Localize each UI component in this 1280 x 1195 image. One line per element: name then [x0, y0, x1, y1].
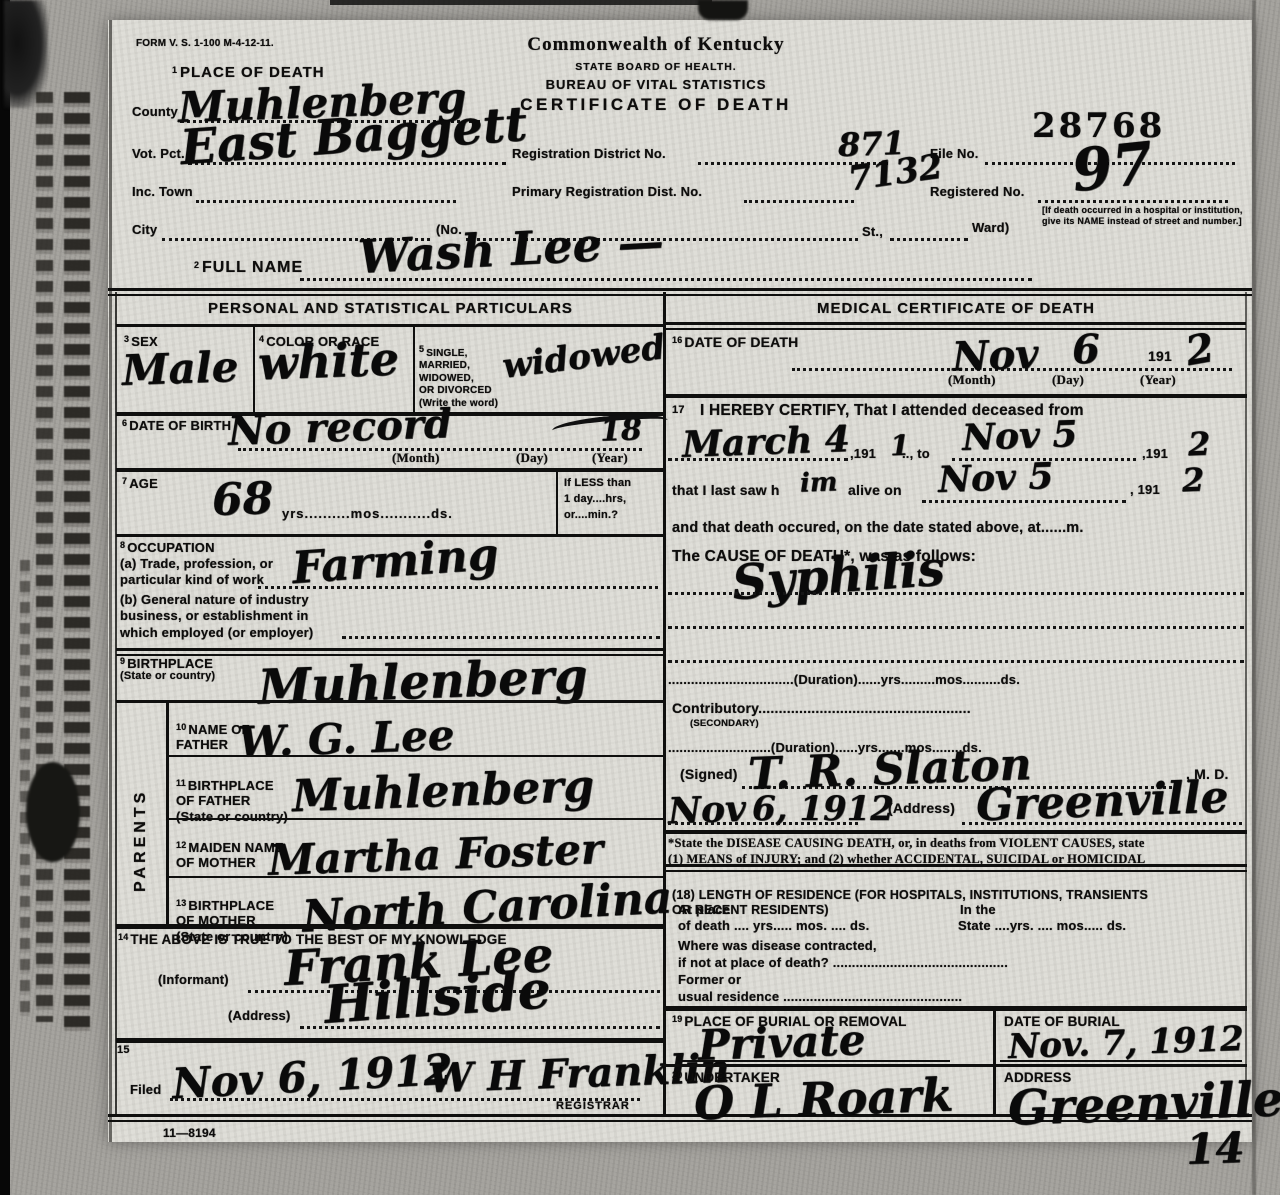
inc-town-line: [196, 198, 456, 203]
age-value: 68: [211, 477, 274, 523]
cause-line: [668, 624, 1244, 629]
ward-label: Ward): [972, 220, 1009, 236]
row-line: [663, 1064, 1247, 1067]
last-saw-post: alive on: [848, 482, 902, 499]
cell-line: [556, 468, 558, 534]
death-certificate-scan: FORM V. S. 1-100 M-4-12-11. 1PLACE OF DE…: [0, 0, 1280, 1195]
marital-label: 5SINGLE, MARRIED, WIDOWED, OR DIVORCED (…: [419, 331, 498, 410]
parents-inner-border: [166, 700, 169, 928]
medical-section-title: MEDICAL CERTIFICATE OF DEATH: [670, 300, 1242, 318]
dob-month-caption: (Month): [392, 450, 440, 466]
date-of-death-day: 6: [1071, 330, 1100, 371]
color-race-value: white: [257, 336, 400, 387]
parents-top-line: [116, 700, 665, 703]
father-birthplace-value: Muhlenberg: [291, 765, 594, 820]
county-label: County: [132, 104, 178, 120]
section-underline: [666, 322, 1246, 330]
signed-address-label: (Address): [888, 800, 955, 817]
registered-no-value: 97: [1069, 134, 1155, 200]
street-label: St.,: [862, 224, 883, 240]
duration-line: .................................(Durati…: [668, 672, 1020, 688]
informant-label: (Informant): [158, 972, 229, 988]
field-number: 1: [172, 65, 178, 75]
parents-side-label: PARENTS: [132, 752, 150, 892]
dod-month-caption: (Month): [948, 372, 996, 388]
vot-pct-label: Vot. Pct.: [132, 146, 185, 162]
row-line: [663, 864, 1247, 872]
dod-day-caption: (Day): [1052, 372, 1084, 388]
cell-line: [253, 326, 255, 412]
sex-value: Male: [121, 346, 239, 392]
registration-district-label: Registration District No.: [512, 146, 666, 162]
dob-day-caption: (Day): [516, 450, 548, 466]
contracted-question: Where was disease contracted, if not at …: [678, 938, 1008, 972]
scan-top-line: [330, 0, 712, 5]
burial-cell-divider: [993, 1006, 996, 1116]
mother-name-value: Martha Foster: [267, 828, 603, 882]
row-line-thick: [663, 394, 1247, 398]
row-line-thick: [116, 924, 665, 929]
commonwealth-title: Commonwealth of Kentucky: [430, 34, 882, 57]
city-label: City: [132, 222, 157, 238]
last-saw-date-value: Nov 5: [937, 458, 1054, 498]
occupation-b-line: [342, 634, 660, 639]
birthplace-note: (State or country): [120, 670, 215, 683]
date-of-death-label: 16DATE OF DEATH: [672, 334, 799, 351]
signed-date-rest: 6, 1912: [752, 792, 894, 826]
signed-label: (Signed): [680, 766, 738, 783]
age-less-than-note: If LESS than 1 day....hrs, or....min.?: [564, 476, 631, 524]
at-place-label: At place: [678, 902, 730, 918]
filed-label: Filed: [130, 1082, 161, 1098]
age-label: 7AGE: [122, 476, 158, 492]
attended-to-year-hw: 2: [1187, 428, 1210, 461]
registrar-caption: REGISTRAR: [556, 1100, 630, 1113]
last-saw-line: [922, 498, 1126, 503]
left-margin-vertical-text: [64, 92, 90, 1032]
occupation-label: 8OCCUPATION: [120, 540, 215, 556]
informant-address-label: (Address): [228, 1008, 290, 1024]
dob-line: [238, 446, 642, 451]
primary-registration-label: Primary Registration Dist. No.: [512, 184, 702, 200]
of-death-blanks: of death .... yrs..... mos. .... ds.: [678, 918, 869, 934]
dob-label: 6DATE OF BIRTH: [122, 418, 231, 434]
form-code: FORM V. S. 1-100 M-4-12-11.: [136, 38, 274, 50]
hospital-note: [If death occurred in a hospital or inst…: [1042, 205, 1254, 227]
burial-value-underline: [680, 1060, 950, 1062]
field-number: 2: [194, 260, 200, 270]
attended-from-year-print: ,191: [850, 446, 876, 462]
attended-to-year-print: ,191: [1142, 446, 1168, 462]
informant-address-value: Hillside: [322, 964, 552, 1032]
attended-from-line: [668, 456, 848, 461]
row-line-thick: [663, 1006, 1247, 1011]
attended-to-value: Nov 5: [961, 416, 1078, 456]
header-divider: [108, 288, 1252, 296]
scan-crease: [1252, 0, 1256, 1195]
secondary-label: (SECONDARY): [690, 718, 759, 729]
row-line-thick: [116, 1038, 665, 1043]
parents-row-line: [166, 755, 663, 757]
occupation-b-label: (b) General nature of industry business,…: [120, 592, 313, 641]
date-of-death-year-print: 191: [1148, 348, 1172, 365]
primary-registration-line: [744, 198, 854, 203]
page-mark: 14: [1185, 1127, 1245, 1171]
scan-top-blob: [698, 0, 748, 20]
inc-town-label: Inc. Town: [132, 184, 193, 200]
filed-field-number: 15: [117, 1044, 130, 1057]
print-code: 11—8194: [163, 1126, 216, 1140]
personal-section-title: PERSONAL AND STATISTICAL PARTICULARS: [118, 300, 663, 318]
cause-footnote: *State the DISEASE CAUSING DEATH, or, in…: [668, 836, 1246, 867]
dob-value: No record: [227, 404, 452, 452]
former-residence: Former or usual residence ..............…: [678, 972, 962, 1006]
residence-label: (18) LENGTH OF RESIDENCE (FOR HOSPITALS,…: [672, 872, 1148, 919]
scan-edge-bar: [0, 0, 10, 1195]
registered-no-label: Registered No.: [930, 184, 1025, 200]
age-units: yrs..........mos...........ds.: [282, 506, 453, 522]
cause-of-death-value: Syphilis: [731, 545, 947, 608]
cause-line: [668, 658, 1244, 663]
attended-to-print: .., to: [902, 446, 930, 462]
parents-row-line: [166, 818, 663, 820]
ward-line: [890, 236, 968, 241]
last-saw-pre: that I last saw h: [672, 482, 780, 499]
burial-date-underline: [1000, 1060, 1242, 1062]
cause-line: [668, 590, 1244, 595]
dob-year-caption: (Year): [592, 450, 628, 466]
row-line: [116, 468, 665, 472]
bureau-subtitle: BUREAU OF VITAL STATISTICS: [430, 77, 882, 93]
left-margin-vertical-text: [36, 92, 53, 1022]
death-occurred-statement: and that death occured, on the date stat…: [672, 520, 1084, 537]
state-blanks: State ....yrs. .... mos..... ds.: [958, 918, 1126, 934]
signed-address-value: Greenville: [975, 776, 1229, 829]
undertaker-value: O L Roark: [693, 1071, 954, 1126]
burial-date-value: Nov. 7, 1912: [1007, 1022, 1244, 1064]
in-the-label: In the: [960, 902, 996, 918]
right-border: [1245, 292, 1247, 1116]
last-saw-year-print: , 191: [1130, 482, 1160, 498]
last-saw-him-hw: im: [800, 469, 838, 496]
last-saw-year-hw: 2: [1181, 464, 1204, 497]
full-name-label: 2FULL NAME: [194, 258, 303, 277]
dod-year-caption: (Year): [1140, 372, 1176, 388]
row-line-thick: [663, 830, 1247, 834]
occupation-a-label: (a) Trade, profession, or particular kin…: [120, 556, 273, 589]
father-birthplace-label: 11BIRTHPLACE OF FATHER (State or country…: [176, 762, 288, 824]
certify-field-number: 17: [672, 404, 685, 417]
state-board-subtitle: STATE BOARD OF HEALTH.: [430, 61, 882, 74]
contributory-label: Contributory............................…: [672, 700, 971, 717]
section-underline: [116, 324, 665, 327]
paper-left-shadow: [109, 20, 112, 1142]
cell-line: [413, 326, 415, 412]
ink-blob: [26, 762, 80, 862]
